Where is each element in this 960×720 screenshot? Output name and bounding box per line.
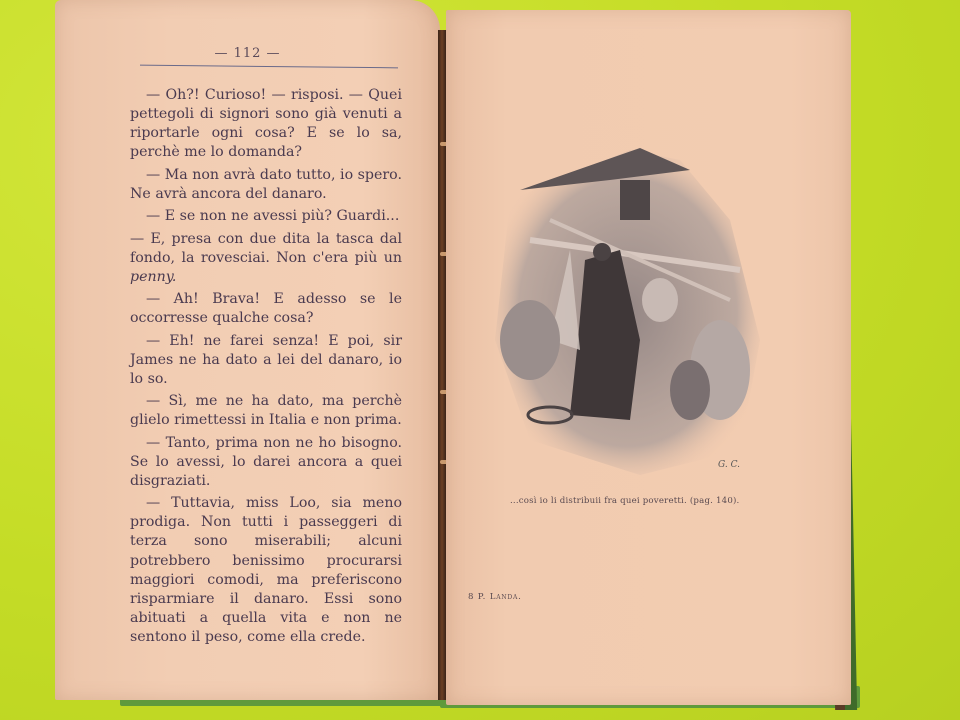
paragraph: — Tuttavia, miss Loo, sia meno prodiga. … bbox=[130, 494, 402, 647]
paragraph: — E, presa con due dita la tasca dal fon… bbox=[130, 230, 402, 287]
paragraph: — Tanto, prima non ne ho bisogno. Se lo … bbox=[130, 434, 402, 491]
paragraph: — Ma non avrà dato tutto, io spero. Ne a… bbox=[130, 166, 402, 204]
page-text: — Oh?! Curioso! — risposi. — Quei petteg… bbox=[130, 86, 402, 647]
signature-mark: 8 P. Landa. bbox=[468, 592, 522, 602]
header-rule bbox=[140, 65, 398, 69]
page-number: — 112 — bbox=[55, 46, 440, 61]
paragraph: — Oh?! Curioso! — risposi. — Quei petteg… bbox=[130, 86, 402, 162]
italic-word: penny. bbox=[130, 269, 176, 285]
illustration-caption: ...così io li distribuii fra quei povere… bbox=[510, 496, 770, 506]
paragraph: — E se non ne avessi più? Guardi... bbox=[130, 207, 402, 226]
paragraph-text: — E, presa con due dita la tasca dal fon… bbox=[130, 231, 402, 266]
paragraph: — Sì, me ne ha dato, ma perchè glielo ri… bbox=[130, 392, 402, 430]
paragraph: — Ah! Brava! E adesso se le occorresse q… bbox=[130, 290, 402, 328]
illustration-image bbox=[490, 140, 770, 480]
left-page: — 112 — — Oh?! Curioso! — risposi. — Que… bbox=[55, 0, 440, 700]
book-spine bbox=[438, 30, 446, 700]
paragraph: — Eh! ne farei senza! E poi, sir James n… bbox=[130, 332, 402, 389]
illustrator-signature: G. C. bbox=[718, 460, 740, 470]
